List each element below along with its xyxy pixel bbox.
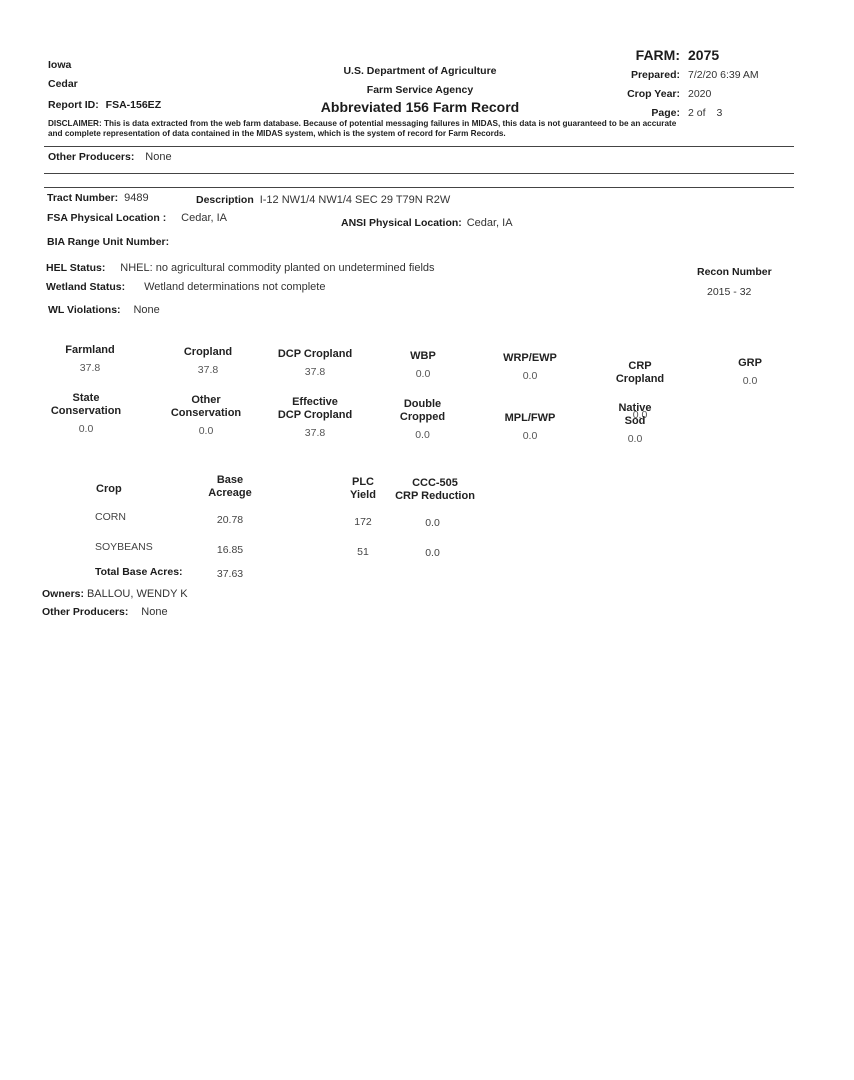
land-cell-wbp: WBP 0.0 [393,350,453,380]
farm-label: FARM: [600,47,680,63]
page-total: 3 [716,107,722,119]
wetland-status: Wetland Status: Wetland determinations n… [46,281,325,293]
page-number: 2 of 3 [688,107,722,119]
divider [44,187,794,188]
land-cell-label: Effective DCP Cropland [270,396,360,422]
land-cell-cropland: Cropland 37.8 [163,346,253,376]
land-cell-wrp-ewp: WRP/EWP 0.0 [495,352,565,382]
tract-number-value: 9489 [124,192,148,204]
tract-number-label: Tract Number: [47,192,118,204]
other-producers-footer: Other Producers: None [42,606,168,618]
report-id-value: FSA-156EZ [106,99,161,111]
land-cell-value: 0.0 [41,423,131,435]
disclaimer-line-1: DISCLAIMER: This is data extracted from … [48,119,676,129]
land-cell-label: Other Conservation [161,394,251,420]
land-cell-label: Double Cropped [390,398,455,424]
bia-range: BIA Range Unit Number: [47,236,169,248]
other-producers-label: Other Producers: [48,151,134,163]
land-cell-value: 37.8 [270,427,360,439]
owners-value: BALLOU, WENDY K [87,588,188,600]
ccc505-reduction: 0.0 [400,517,465,529]
report-id-label: Report ID: [48,99,99,111]
divider [44,146,794,147]
crop-year-value: 2020 [688,88,711,100]
wetland-value: Wetland determinations not complete [144,281,325,293]
department-name: U.S. Department of Agriculture [320,65,520,77]
page-label: Page: [600,107,680,119]
bia-label: BIA Range Unit Number: [47,236,169,248]
plc-yield: 51 [343,546,383,558]
fsa-location: FSA Physical Location : Cedar, IA [47,212,227,224]
land-cell-value: 0.0 [390,429,455,441]
land-cell-other-conservation: Other Conservation 0.0 [161,394,251,437]
prepared-value: 7/2/20 6:39 AM [688,69,759,81]
column-header-crop: Crop [96,483,122,496]
wl-violations: WL Violations: None [48,304,160,316]
land-cell-label: CRP Cropland [605,360,675,386]
disclaimer-line-2: and complete representation of data cont… [48,129,676,139]
wl-violations-value: None [133,304,159,316]
disclaimer: DISCLAIMER: This is data extracted from … [48,119,676,139]
column-header-plc-yield: PLC Yield [343,476,383,502]
tract-description: Description I-12 NW1/4 NW1/4 SEC 29 T79N… [196,194,450,206]
land-cell-value: 0.0 [605,433,665,445]
crop-name: SOYBEANS [95,541,153,553]
state-name: Iowa [48,59,71,71]
description-label: Description [196,194,254,206]
county-name: Cedar [48,78,78,90]
ansi-location-label: ANSI Physical Location: [341,217,462,229]
land-cell-state-conservation: State Conservation 0.0 [41,392,131,435]
plc-yield: 172 [343,516,383,528]
prepared-label: Prepared: [600,69,680,81]
column-header-ccc505: CCC-505 CRP Reduction [390,477,480,503]
column-header-base-acreage: Base Acreage [200,474,260,500]
land-cell-label: DCP Cropland [270,348,360,361]
base-acreage: 20.78 [200,514,260,526]
report-title: Abbreviated 156 Farm Record [300,99,540,115]
land-cell-value: 37.8 [270,366,360,378]
tract-number: Tract Number: 9489 [47,192,149,204]
crop-name: CORN [95,511,126,523]
fsa-location-value: Cedar, IA [181,212,227,224]
other-producers-label: Other Producers: [42,606,128,618]
ccc505-reduction: 0.0 [400,547,465,559]
owners: Owners: BALLOU, WENDY K [42,588,188,600]
total-base-acres-label: Total Base Acres: [95,566,183,578]
land-cell-farmland: Farmland 37.8 [45,344,135,374]
hel-label: HEL Status: [46,262,105,274]
land-cell-value: 37.8 [163,364,253,376]
ansi-location-value: Cedar, IA [467,217,513,229]
land-cell-value: 0.0 [495,430,565,442]
total-base-acres-value: 37.63 [200,568,260,580]
land-cell-label: WRP/EWP [495,352,565,365]
land-cell-dcp-cropland: DCP Cropland 37.8 [270,348,360,378]
land-cell-value: 37.8 [45,362,135,374]
wl-violations-label: WL Violations: [48,304,121,316]
land-cell-label: WBP [393,350,453,363]
hel-value: NHEL: no agricultural commodity planted … [120,262,434,274]
description-value: I-12 NW1/4 NW1/4 SEC 29 T79N R2W [260,194,451,206]
other-producers-header: Other Producers: None [48,151,172,163]
fsa-location-label: FSA Physical Location : [47,212,166,224]
divider [44,173,794,174]
land-cell-label: Cropland [163,346,253,359]
land-cell-value: 0.0 [393,368,453,380]
crop-year-label: Crop Year: [600,88,680,100]
page-current: 2 of [688,107,706,119]
land-cell-double-cropped: Double Cropped 0.0 [390,398,455,441]
wetland-label: Wetland Status: [46,281,125,293]
report-id: Report ID: FSA-156EZ [48,99,161,111]
land-cell-label: MPL/FWP [495,412,565,425]
land-cell-value: 0.0 [495,370,565,382]
owners-label: Owners: [42,588,84,600]
land-cell-label: GRP [720,357,780,370]
land-cell-label: Native Sod [605,402,665,428]
agency-name: Farm Service Agency [320,84,520,96]
recon-label: Recon Number [697,266,772,278]
farm-number: 2075 [688,47,719,63]
land-cell-value: 0.0 [720,375,780,387]
other-producers-value: None [141,606,167,618]
hel-status: HEL Status: NHEL: no agricultural commod… [46,262,435,274]
other-producers-value: None [145,151,171,163]
land-cell-grp: GRP 0.0 [720,357,780,387]
land-cell-mpl-fwp: MPL/FWP 0.0 [495,412,565,442]
base-acreage: 16.85 [200,544,260,556]
land-cell-label: Farmland [45,344,135,357]
land-cell-effective-dcp-cropland: Effective DCP Cropland 37.8 [270,396,360,439]
land-cell-value: 0.0 [161,425,251,437]
recon-value: 2015 - 32 [707,286,751,298]
land-cell-native-sod: Native Sod 0.0 [605,402,665,445]
ansi-location: ANSI Physical Location: Cedar, IA [341,217,513,229]
land-cell-label: State Conservation [41,392,131,418]
